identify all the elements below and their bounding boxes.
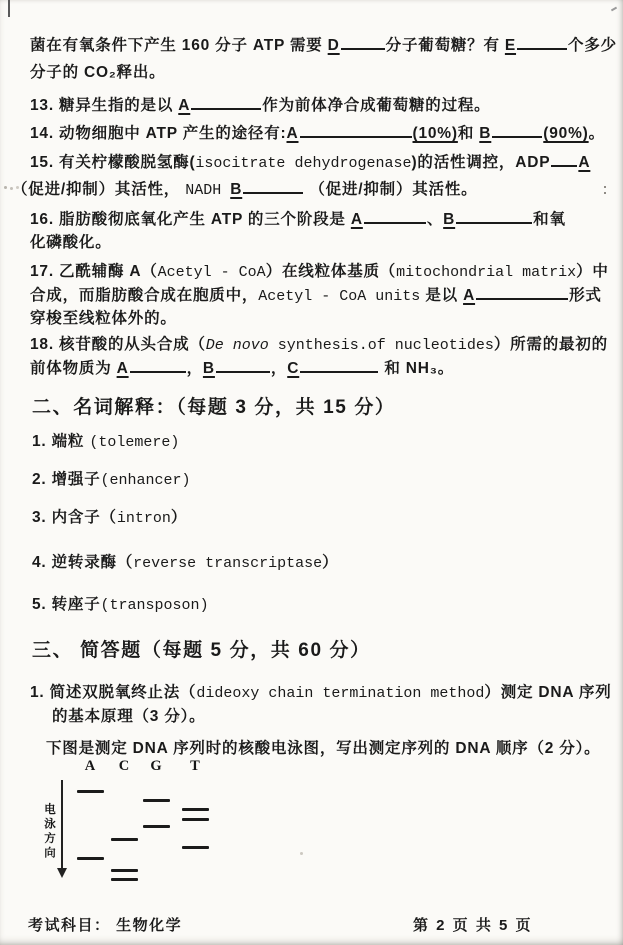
q15-line-1: 15. 有关柠檬酸脱氢酶(isocitrate dehydrogenase)的活… (30, 150, 590, 172)
electrophoresis-direction-label: 电泳方向 (41, 803, 57, 861)
exam-page: 菌在有氧条件下产生 160 分子 ATP 需要 D分子葡萄糖？有 E个多少 分子… (0, 0, 623, 945)
blank-underline (216, 368, 270, 373)
scan-artifact (4, 186, 7, 189)
scan-artifact (604, 186, 606, 188)
q13-line: 13. 糖异生指的是以 A作为前体净合成葡萄糖的过程。 (30, 93, 490, 115)
blank-underline (130, 368, 186, 373)
q16-line-1: 16. 脂肪酸彻底氧化产生 ATP 的三个阶段是 A、B和氧 (30, 207, 566, 229)
gel-band-T (182, 808, 209, 811)
scan-artifact (176, 716, 179, 719)
term-item-5: 5. 转座子(transposon) (32, 592, 209, 614)
q17-line-1: 17. 乙酰辅酶 A（Acetyl - CoA）在线粒体基质（mitochond… (30, 259, 609, 281)
blank-underline (492, 133, 542, 138)
term-item-1: 1. 端粒 (tolemere) (32, 429, 179, 451)
section2-title: 二、名词解释：（每题 3 分，共 15 分） (32, 392, 396, 419)
q18-line-1: 18. 核苷酸的从头合成（De novo synthesis.of nucleo… (30, 332, 608, 354)
gel-lane-label-G: G (150, 758, 161, 775)
q14-line: 14. 动物细胞中 ATP 产生的途径有:A(10%)和 B(90%)。 (30, 121, 605, 143)
blank-underline (364, 219, 426, 224)
q18-line-2: 前体物质为 A，B，C 和 NH₃。 (30, 356, 454, 378)
gel-band-T (182, 818, 209, 821)
section3-q1-line-2: 的基本原理（3 分）。 (52, 704, 205, 726)
blank-underline (300, 368, 378, 373)
section3-q1-line-1: 1. 简述双脱氧终止法（dideoxy chain termination me… (30, 680, 612, 702)
q16-line-2: 化磷酸化。 (30, 230, 112, 252)
q15-line-2: （促进/抑制）其活性， NADH B （促进/抑制）其活性。 (12, 177, 477, 199)
scan-artifact (611, 7, 617, 12)
arrow-head-icon (57, 868, 67, 878)
gel-lane-label-A: A (85, 758, 95, 775)
gel-lane-label-T: T (190, 758, 200, 775)
gel-band-C (111, 878, 138, 881)
blank-underline (243, 189, 303, 194)
term-item-3: 3. 内含子（intron） (32, 505, 187, 527)
q17-line-2: 合成，而脂肪酸合成在胞质中，Acetyl - CoA units 是以 A形式 (30, 283, 602, 305)
term-item-2: 2. 增强子(enhancer) (32, 467, 191, 489)
gel-band-T (182, 846, 209, 849)
blank-underline (191, 105, 261, 110)
gel-band-G (143, 825, 170, 828)
footer-page-number: 第 2 页 共 5 页 (413, 914, 533, 935)
q17-line-3: 穿梭至线粒体外的。 (30, 306, 177, 328)
gel-lane-label-C: C (119, 758, 129, 775)
blank-underline (300, 133, 412, 138)
q12-continuation-line-1: 菌在有氧条件下产生 160 分子 ATP 需要 D分子葡萄糖？有 E个多少 (30, 33, 617, 55)
gel-band-C (111, 838, 138, 841)
blank-underline (456, 219, 532, 224)
gel-band-C (111, 869, 138, 872)
q12-continuation-line-2: 分子的 CO₂释出。 (30, 60, 165, 82)
electrophoresis-direction-arrow (61, 780, 63, 870)
gel-band-G (143, 799, 170, 802)
footer-exam-subject: 考试科目： 生物化学 (28, 914, 182, 935)
term-item-4: 4. 逆转录酶（reverse transcriptase） (32, 550, 338, 572)
scan-artifact (8, 0, 10, 17)
gel-band-A (77, 790, 104, 793)
gel-band-A (77, 857, 104, 860)
blank-underline (476, 295, 568, 300)
scan-artifact (300, 852, 303, 855)
section3-title: 三、 简答题（每题 5 分，共 60 分） (32, 635, 371, 662)
blank-underline (341, 45, 385, 50)
blank-underline (517, 45, 567, 50)
blank-underline (551, 162, 577, 167)
gel-electrophoresis-diagram: ACGT 电泳方向 (40, 756, 235, 901)
section3-q1-line-3: 下图是测定 DNA 序列时的核酸电泳图，写出测定序列的 DNA 顺序（2 分）。 (46, 736, 600, 758)
